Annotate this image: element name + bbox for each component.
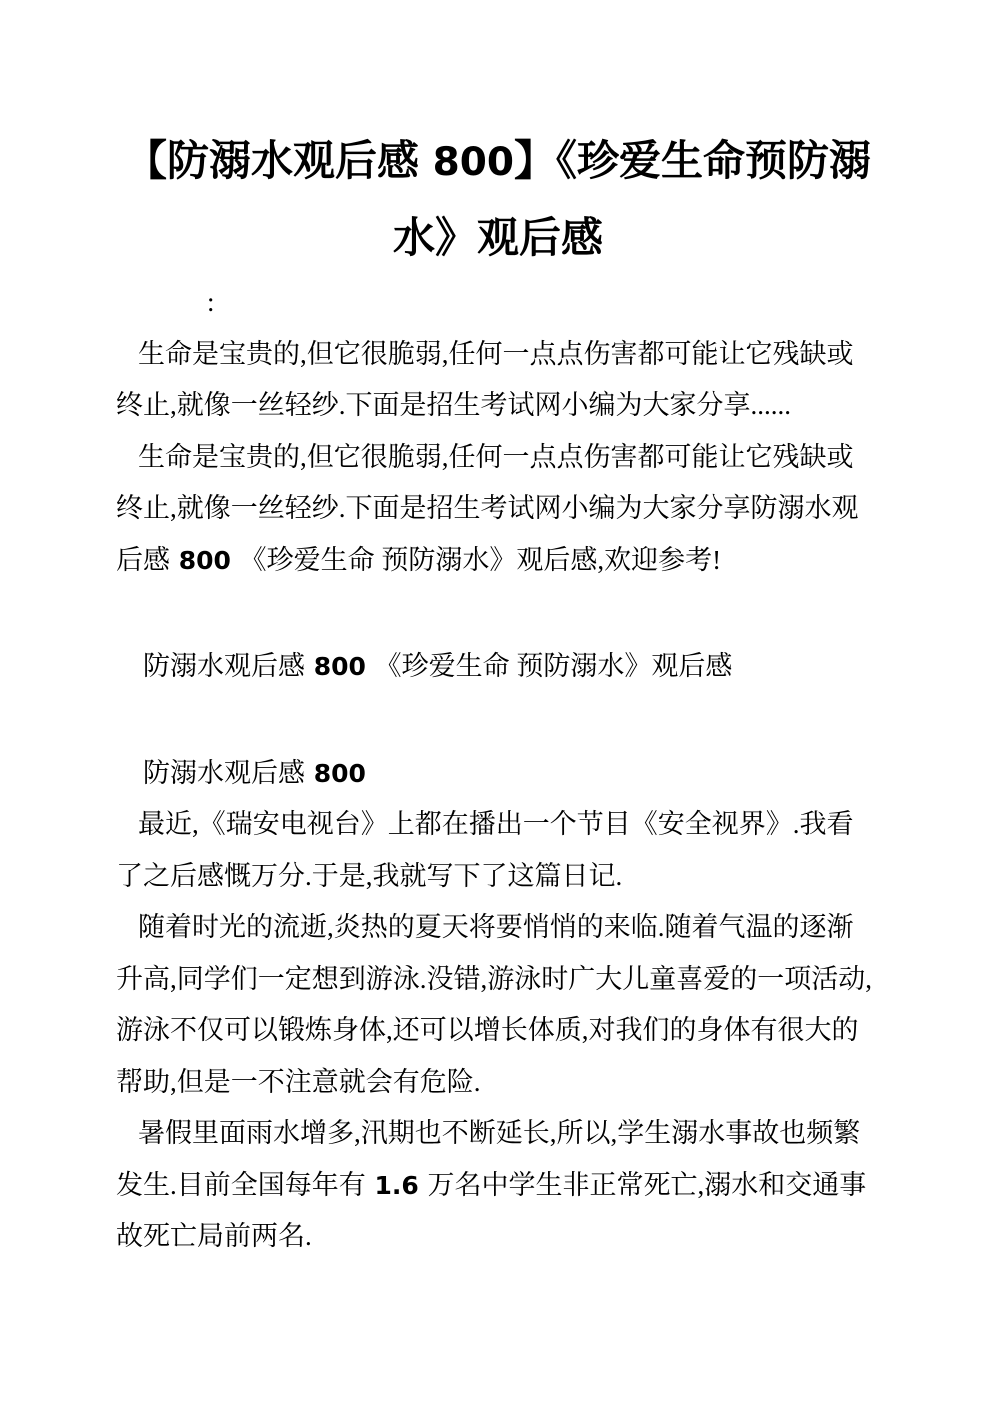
body-paragraph: 最近,《瑞安电视台》上都在播出一个节目《安全视界》.我看了之后感慨万分.于是,我… <box>116 799 880 902</box>
document-page: 【防溺水观后感 800】《珍爱生命预防溺水》观后感 :生命是宝贵的,但它很脆弱,… <box>0 0 993 1404</box>
section-heading: 防溺水观后感 800 <box>116 748 880 800</box>
body-paragraph: 生命是宝贵的,但它很脆弱,任何一点点伤害都可能让它残缺或终止,就像一丝轻纱.下面… <box>116 432 880 587</box>
text-run: : <box>207 287 215 317</box>
blank-line <box>116 693 880 748</box>
document-body: :生命是宝贵的,但它很脆弱,任何一点点伤害都可能让它残缺或终止,就像一丝轻纱.下… <box>116 277 880 1263</box>
blank-line <box>116 586 880 641</box>
text-run: 《珍爱生命 预防溺水》观后感,欢迎参考! <box>240 545 722 575</box>
text-run: 随着时光的流逝,炎热的夏天将要悄悄的来临.随着气温的逐渐升高,同学们一定想到游泳… <box>116 912 872 1097</box>
number-text: 800 <box>170 546 240 575</box>
number-text: 800 <box>305 652 375 681</box>
section-heading: 防溺水观后感 800 《珍爱生命 预防溺水》观后感 <box>116 641 880 693</box>
body-paragraph: 暑假里面雨水增多,汛期也不断延长,所以,学生溺水事故也频繁发生.目前全国每年有 … <box>116 1108 880 1263</box>
text-run: 【防溺水观后感 <box>125 139 419 185</box>
text-run: 防溺水观后感 <box>143 651 305 681</box>
number-text: 800 <box>305 759 366 788</box>
text-run: 防溺水观后感 <box>143 758 305 788</box>
number-text: 800 <box>419 140 514 185</box>
body-paragraph: 随着时光的流逝,炎热的夏天将要悄悄的来临.随着气温的逐渐升高,同学们一定想到游泳… <box>116 902 880 1108</box>
text-run: 最近,《瑞安电视台》上都在播出一个节目《安全视界》.我看了之后感慨万分.于是,我… <box>116 809 854 891</box>
text-run: 《珍爱生命 预防溺水》观后感 <box>375 651 733 681</box>
body-paragraph: 生命是宝贵的,但它很脆弱,任何一点点伤害都可能让它残缺或终止,就像一丝轻纱.下面… <box>116 329 880 432</box>
document-title: 【防溺水观后感 800】《珍爱生命预防溺水》观后感 <box>116 124 880 277</box>
lead-colon-line: : <box>116 277 880 329</box>
text-run: 生命是宝贵的,但它很脆弱,任何一点点伤害都可能让它残缺或终止,就像一丝轻纱.下面… <box>116 339 854 421</box>
number-text: 1.6 <box>366 1171 428 1200</box>
